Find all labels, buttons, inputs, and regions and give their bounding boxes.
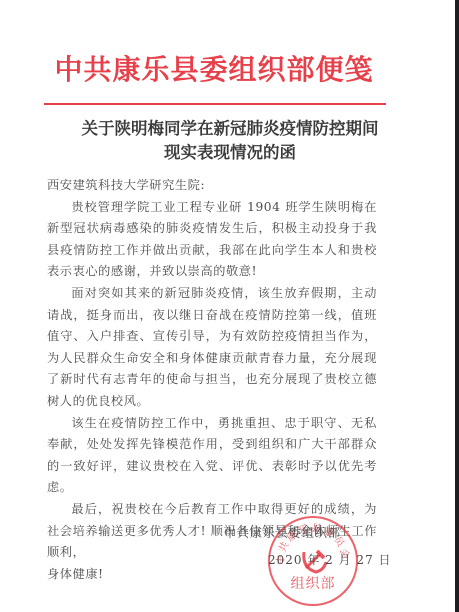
document-title-line-1: 关于陕明梅同学在新冠肺炎疫情防控期间 (30, 117, 430, 141)
signature-date: 2020 年 2 月 27 日 (268, 551, 392, 568)
page-edge-shadow (455, 0, 459, 612)
paragraph: 面对突如其来的新冠肺炎疫情，该生放弃假期，主动请战，挺身而出，夜以继日奋战在疫情… (47, 283, 377, 413)
seal-label: 组织部 (270, 573, 356, 593)
document-title-line-2: 现实表现情况的函 (30, 141, 430, 165)
paragraph: 贵校管理学院工业工程专业研 1904 班学生陕明梅在新型冠状病毒感染的肺炎疫情发… (47, 197, 377, 283)
document-title: 关于陕明梅同学在新冠肺炎疫情防控期间 现实表现情况的函 (30, 117, 430, 165)
signature: 中共康乐县委组织部 (224, 524, 341, 541)
letterhead-title: 中共康乐县委组织部便笺 (44, 48, 384, 88)
paragraph: 该生在疫情防控工作中，勇挑重担、忠于职守、无私奉献，处处发挥先锋模范作用，受到组… (47, 413, 377, 499)
salutation: 西安建筑科技大学研究生院: (47, 175, 377, 197)
letterhead-rule (44, 103, 386, 105)
